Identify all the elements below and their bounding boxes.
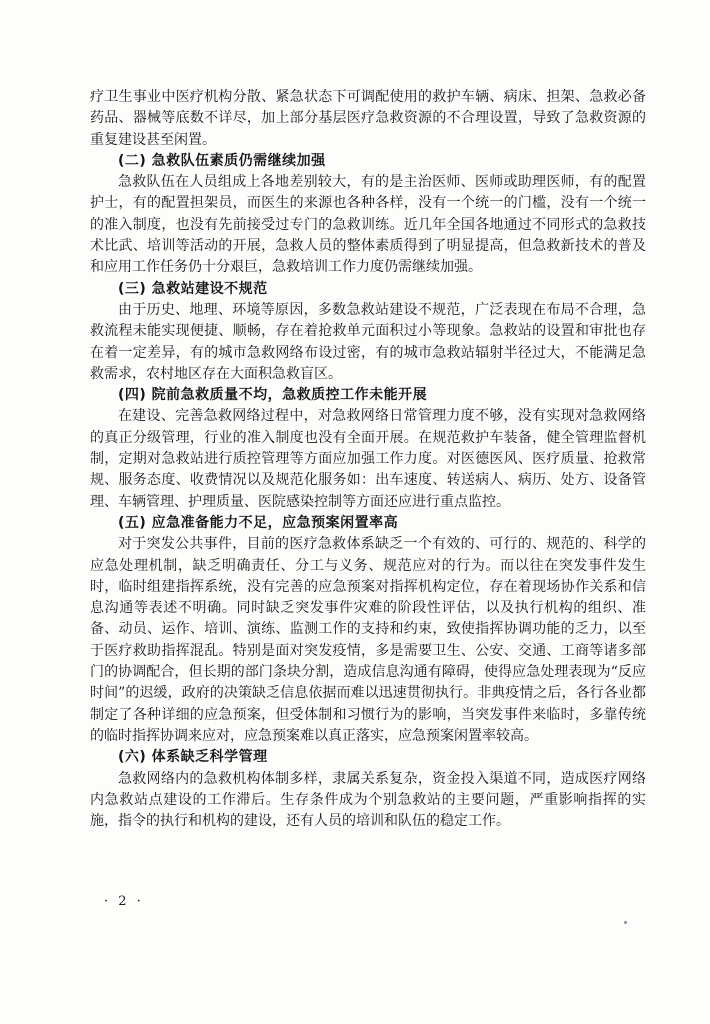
- section-heading-6: (六) 体系缺乏科学管理: [90, 747, 646, 768]
- section-body-2: 急救队伍在人员组成上各地差别较大，有的是主治医师、医师或助理医师，有的配置护士，…: [90, 172, 646, 278]
- section-body-5: 对于突发公共事件，目前的医疗急救体系缺乏一个有效的、可行的、规范的、科学的应急处…: [90, 534, 646, 747]
- page-content: 疗卫生事业中医疗机构分散、紧急状态下可调配使用的救护车辆、病床、担架、急救必备药…: [90, 87, 646, 832]
- section-heading-2: (二) 急救队伍素质仍需继续加强: [90, 151, 646, 172]
- section-body-6: 急救网络内的急救机构体制多样，隶属关系复杂，资金投入渠道不同，造成医疗网络内急救…: [90, 769, 646, 833]
- section-heading-5: (五) 应急准备能力不足，应急预案闲置率高: [90, 513, 646, 534]
- scan-artifact-dot: [624, 921, 627, 924]
- section-body-4: 在建设、完善急救网络过程中，对急救网络日常管理力度不够，没有实现对急救网络的真正…: [90, 406, 646, 512]
- section-heading-3: (三) 急救站建设不规范: [90, 279, 646, 300]
- scanned-document-page: 疗卫生事业中医疗机构分散、紧急状态下可调配使用的救护车辆、病床、担架、急救必备药…: [0, 0, 710, 1024]
- page-number: · 2 ·: [104, 893, 144, 911]
- section-heading-4: (四) 院前急救质量不均，急救质控工作未能开展: [90, 385, 646, 406]
- intro-continuation-paragraph: 疗卫生事业中医疗机构分散、紧急状态下可调配使用的救护车辆、病床、担架、急救必备药…: [90, 87, 646, 151]
- section-body-3: 由于历史、地理、环境等原因，多数急救站建设不规范，广泛表现在布局不合理，急救流程…: [90, 300, 646, 385]
